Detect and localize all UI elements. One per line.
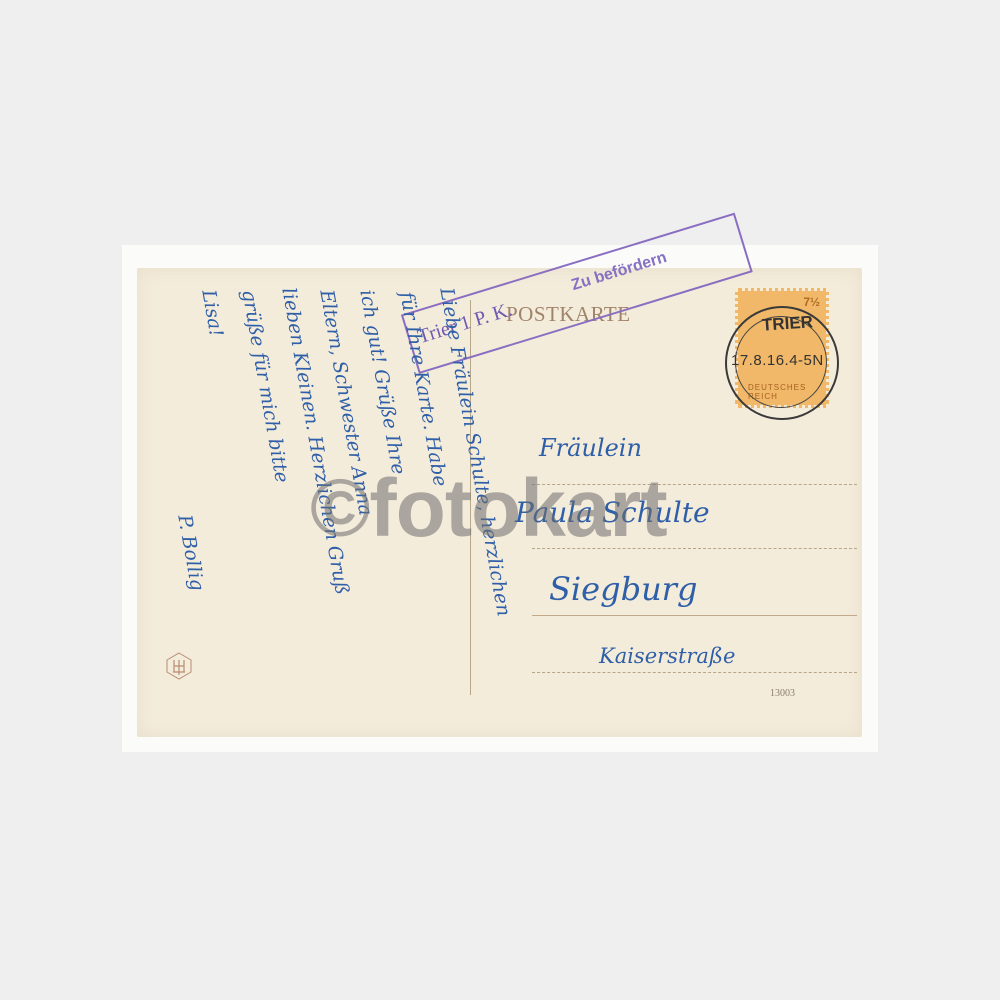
watermark: ©fotokart bbox=[310, 462, 667, 556]
address-salutation: Fräulein bbox=[539, 434, 642, 462]
address-line-3 bbox=[532, 615, 857, 616]
publisher-logo-icon bbox=[165, 652, 193, 680]
address-city: Siegburg bbox=[549, 570, 697, 608]
address-line-4 bbox=[532, 672, 857, 673]
postmark: TRIER 17.8.16.4-5N bbox=[725, 306, 839, 420]
message-line-7: Lisa! bbox=[197, 288, 227, 339]
postmark-city: TRIER bbox=[761, 312, 813, 336]
postmark-date: 17.8.16.4-5N bbox=[731, 352, 824, 369]
stamp-value: 7½ bbox=[803, 295, 820, 309]
print-number: 13003 bbox=[770, 688, 795, 699]
message-signature: P. Bollig bbox=[173, 513, 208, 592]
address-street: Kaiserstraße bbox=[599, 644, 735, 668]
